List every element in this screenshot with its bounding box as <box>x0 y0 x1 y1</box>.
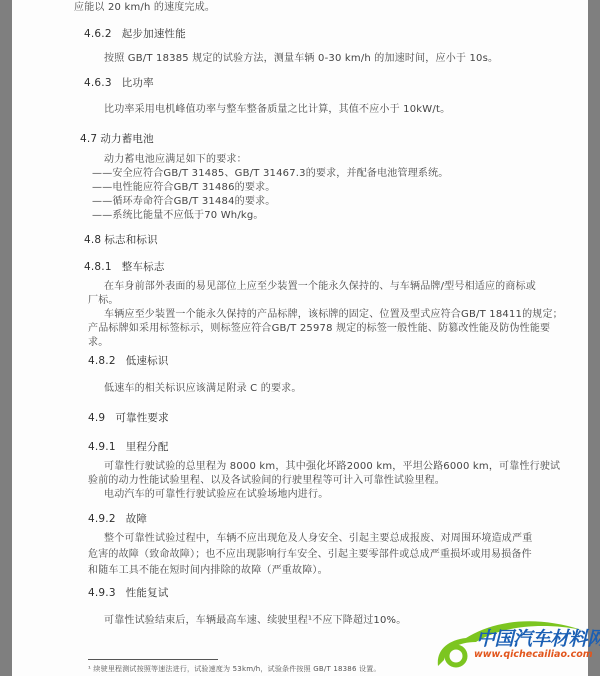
section-title: 里程分配 <box>126 441 169 453</box>
paragraph-text: 动力蓄电池应满足如下的要求： <box>104 153 247 167</box>
paragraph-text: 在车身前部外表面的易见部位上应至少装置一个能永久保持的、与车辆品牌/型号相适应的… <box>104 280 536 294</box>
paragraph-text: 低速车的相关标识应该满足附录 C 的要求。 <box>104 382 302 396</box>
section-title: 起步加速性能 <box>122 28 186 40</box>
paragraph-text: 按照 GB/T 18385 规定的试验方法，测量车辆 0-30 km/h 的加速… <box>104 52 498 66</box>
paragraph-text: 比功率采用电机峰值功率与整车整备质量之比计算，其值不应小于 10kW/t。 <box>104 103 450 117</box>
paragraph-text: 危害的故障（致命故障）；也不应出现影响行车安全、引起主要零部件或总成严重损坏或用… <box>88 548 532 562</box>
section-heading-4-8-2: 4.8.2低速标识 <box>88 354 169 368</box>
paragraph-text: 产品标牌如采用标签标示，则标签应符合GB/T 25978 规定的标签一般性能、防… <box>88 322 550 336</box>
bullet-item: ——系统比能量不应低于70 Wh/kg。 <box>92 209 264 223</box>
section-number: 4.9.1 <box>88 441 116 453</box>
section-title: 故障 <box>126 513 147 525</box>
section-number: 4.6.3 <box>84 77 112 89</box>
section-title: 低速标识 <box>126 355 169 367</box>
paragraph-text: 可靠性行驶试验的总里程为 8000 km，其中强化坏路2000 km，平坦公路6… <box>104 460 560 474</box>
bullet-item: ——安全应符合GB/T 31485、GB/T 31467.3的要求，并配备电池管… <box>92 167 449 181</box>
paragraph-text: 厂标。 <box>88 294 119 308</box>
section-heading-4-9-3: 4.9.3性能复试 <box>88 586 169 600</box>
paragraph-text: 整个可靠性试验过程中，车辆不应出现危及人身安全、引起主要总成报废、对周围环境造成… <box>104 532 532 546</box>
section-number: 4.9.2 <box>88 513 116 525</box>
section-heading-4-6-3: 4.6.3比功率 <box>84 76 154 90</box>
watermark-url: www.qichecailiao.com <box>474 649 593 660</box>
watermark-logo: 中国汽车材料网 www.qichecailiao.com <box>432 610 592 676</box>
section-title: 可靠性要求 <box>115 412 169 424</box>
bullet-item: ——循环寿命符合GB/T 31484的要求。 <box>92 195 275 209</box>
bullet-item: ——电性能应符合GB/T 31486的要求。 <box>92 181 275 195</box>
section-heading-4-9: 4.9可靠性要求 <box>88 411 169 425</box>
watermark-title: 中国汽车材料网 <box>476 624 600 651</box>
footnote: ¹ 续驶里程测试按照等速法进行，试验速度为 53km/h，试验条件按照 GB/T… <box>88 662 381 676</box>
paragraph-text: 可靠性试验结束后，车辆最高车速、续驶里程¹不应下降超过10%。 <box>104 614 406 628</box>
section-heading-4-9-1: 4.9.1里程分配 <box>88 440 169 454</box>
section-number: 4.6.2 <box>84 28 112 40</box>
section-title: 比功率 <box>122 77 154 89</box>
footnote-divider <box>88 659 218 660</box>
section-heading-4-7: 4.7动力蓄电池 <box>80 132 154 146</box>
section-heading-4-8-1: 4.8.1整车标志 <box>84 260 165 274</box>
section-title: 性能复试 <box>126 587 169 599</box>
paragraph-text: 车辆应至少装置一个能永久保持的产品标牌，该标牌的固定、位置及型式应符合GB/T … <box>104 308 563 322</box>
document-page: 应能以 20 km/h 的速度完成。 4.6.2起步加速性能 按照 GB/T 1… <box>12 0 588 676</box>
paragraph-text: 验前的动力性能试验里程、以及各试验间的行驶里程等可计入可靠性试验里程。 <box>88 474 445 488</box>
paragraph-text: 应能以 20 km/h 的速度完成。 <box>74 1 215 15</box>
section-heading-4-6-2: 4.6.2起步加速性能 <box>84 27 186 41</box>
section-number: 4.8.1 <box>84 261 112 273</box>
paragraph-text: 求。 <box>88 336 108 350</box>
section-number: 4.7 <box>80 133 97 145</box>
section-number: 4.8 <box>84 234 101 246</box>
paragraph-text: 电动汽车的可靠性行驶试验应在试验场地内进行。 <box>104 488 328 502</box>
section-number: 4.8.2 <box>88 355 116 367</box>
section-title: 标志和标识 <box>104 234 158 246</box>
section-title: 整车标志 <box>122 261 165 273</box>
section-heading-4-9-2: 4.9.2故障 <box>88 512 147 526</box>
section-number: 4.9.3 <box>88 587 116 599</box>
paragraph-text: 和随车工具不能在短时间内排除的故障（严重故障）。 <box>88 564 328 578</box>
section-heading-4-8: 4.8标志和标识 <box>84 233 158 247</box>
section-title: 动力蓄电池 <box>100 133 154 145</box>
section-number: 4.9 <box>88 412 105 424</box>
